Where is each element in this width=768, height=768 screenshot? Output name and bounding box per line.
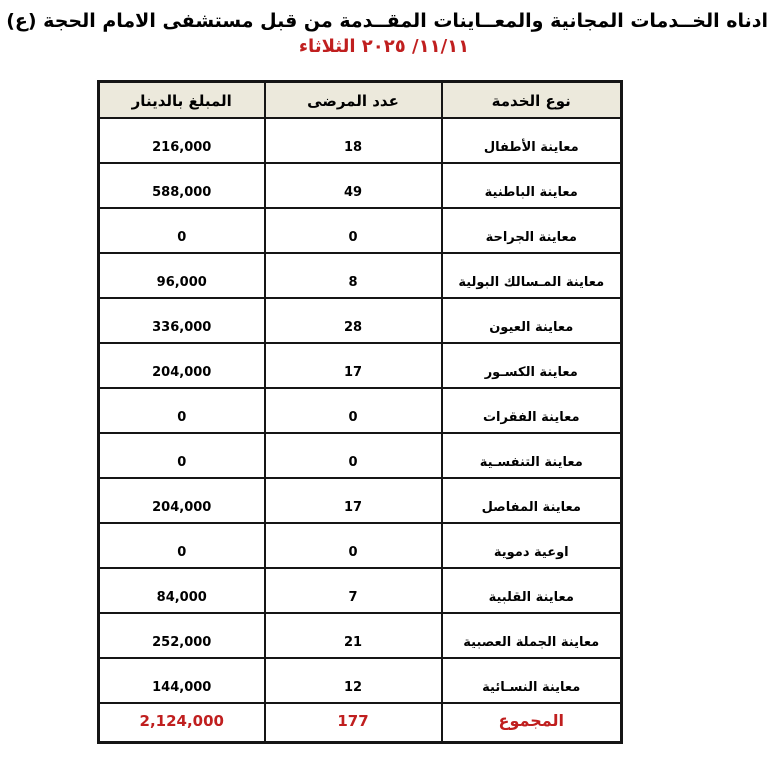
table-row: 96,0008معاينة المـسالك البولية (99, 253, 622, 298)
amount-cell: 144,000 (99, 658, 265, 703)
header-service: نوع الخدمة (442, 82, 622, 118)
count-cell: 17 (265, 343, 442, 388)
service-cell: معاينة النسـائية (442, 658, 622, 703)
count-cell: 17 (265, 478, 442, 523)
service-cell: معاينة المفاصل (442, 478, 622, 523)
service-cell: معاينة الجراحة (442, 208, 622, 253)
total-count-cell: 177 (265, 703, 442, 743)
service-cell: معاينة المـسالك البولية (442, 253, 622, 298)
page-header: ادناه الخــدمات المجانية والمعــاينات ال… (0, 8, 768, 59)
amount-cell: 0 (99, 433, 265, 478)
total-amount-cell: 2,124,000 (99, 703, 265, 743)
service-cell: معاينة الباطنية (442, 163, 622, 208)
amount-cell: 0 (99, 388, 265, 433)
services-table: المبلغ بالدينار عدد المرضى نوع الخدمة 21… (97, 80, 623, 744)
table-row: 84,0007معاينة القلبية (99, 568, 622, 613)
amount-cell: 252,000 (99, 613, 265, 658)
service-cell: معاينة الكسـور (442, 343, 622, 388)
amount-cell: 216,000 (99, 118, 265, 163)
amount-cell: 0 (99, 208, 265, 253)
table-body: 216,00018معاينة الأطفال588,00049معاينة ا… (99, 118, 622, 703)
table-row: 00معاينة التنفسـية (99, 433, 622, 478)
count-cell: 12 (265, 658, 442, 703)
table-row: 00معاينة الفقرات (99, 388, 622, 433)
service-cell: معاينة القلبية (442, 568, 622, 613)
header-amount: المبلغ بالدينار (99, 82, 265, 118)
table-row: 204,00017معاينة الكسـور (99, 343, 622, 388)
table-row: 00معاينة الجراحة (99, 208, 622, 253)
count-cell: 8 (265, 253, 442, 298)
amount-cell: 204,000 (99, 343, 265, 388)
count-cell: 18 (265, 118, 442, 163)
count-cell: 21 (265, 613, 442, 658)
service-cell: معاينة التنفسـية (442, 433, 622, 478)
page: { "colors": { "red": "#c01f1f", "header_… (0, 0, 768, 768)
count-cell: 28 (265, 298, 442, 343)
title-date-line: ١١/١١/ ٢٠٢٥ الثلاثاء (0, 35, 768, 59)
amount-cell: 204,000 (99, 478, 265, 523)
amount-cell: 84,000 (99, 568, 265, 613)
table-row: 216,00018معاينة الأطفال (99, 118, 622, 163)
page-title: ادناه الخــدمات المجانية والمعــاينات ال… (0, 8, 768, 34)
count-cell: 0 (265, 523, 442, 568)
service-cell: معاينة العيون (442, 298, 622, 343)
table-row: 588,00049معاينة الباطنية (99, 163, 622, 208)
count-cell: 49 (265, 163, 442, 208)
service-cell: اوعية دموية (442, 523, 622, 568)
service-cell: معاينة الجملة العصبية (442, 613, 622, 658)
amount-cell: 0 (99, 523, 265, 568)
count-cell: 0 (265, 388, 442, 433)
amount-cell: 96,000 (99, 253, 265, 298)
table-header: المبلغ بالدينار عدد المرضى نوع الخدمة (99, 82, 622, 118)
service-cell: معاينة الأطفال (442, 118, 622, 163)
amount-cell: 336,000 (99, 298, 265, 343)
count-cell: 7 (265, 568, 442, 613)
table-row: 204,00017معاينة المفاصل (99, 478, 622, 523)
table-row: 252,00021معاينة الجملة العصبية (99, 613, 622, 658)
amount-cell: 588,000 (99, 163, 265, 208)
total-service-cell: المجموع (442, 703, 622, 743)
table-row: 00اوعية دموية (99, 523, 622, 568)
table-row: 336,00028معاينة العيون (99, 298, 622, 343)
title-main-text: ادناه الخــدمات المجانية والمعــاينات ال… (6, 10, 768, 32)
table-row: 144,00012معاينة النسـائية (99, 658, 622, 703)
count-cell: 0 (265, 433, 442, 478)
service-cell: معاينة الفقرات (442, 388, 622, 433)
table-footer: 2,124,000 177 المجموع (99, 703, 622, 743)
count-cell: 0 (265, 208, 442, 253)
header-row: المبلغ بالدينار عدد المرضى نوع الخدمة (99, 82, 622, 118)
header-count: عدد المرضى (265, 82, 442, 118)
total-row: 2,124,000 177 المجموع (99, 703, 622, 743)
